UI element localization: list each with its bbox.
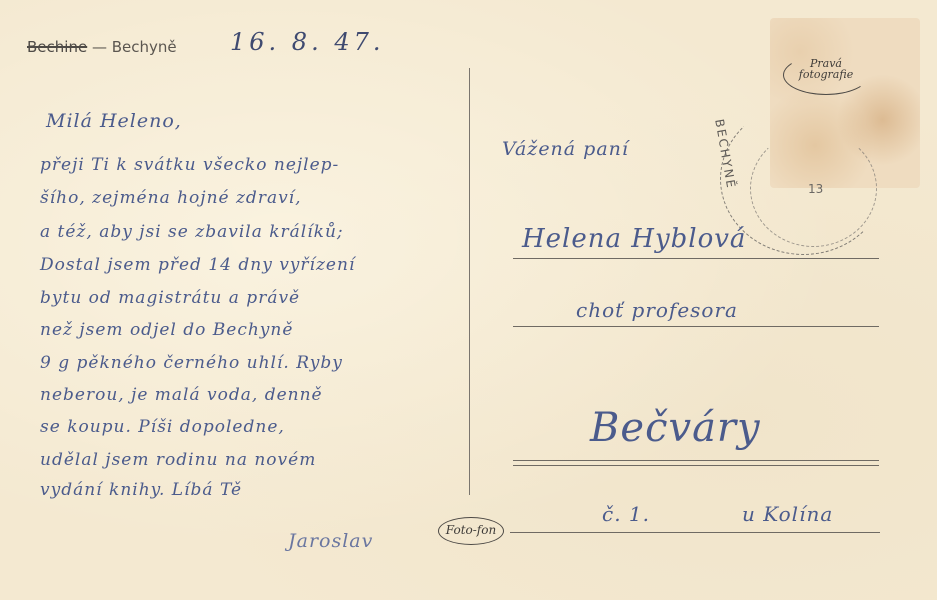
place-name: Bechyně [112, 38, 177, 56]
address-line-1 [513, 258, 879, 259]
address-line-3a [513, 460, 879, 461]
stamp-area-logo: Pravá fotografie [783, 55, 869, 95]
message-line: neberou, je malá voda, denně [40, 385, 323, 405]
printed-place-header: Bechine — Bechyně [27, 38, 177, 56]
message-line: Dostal jsem před 14 dny vyřízení [40, 255, 355, 275]
message-line: udělal jsem rodinu na novém [40, 450, 316, 470]
address-name: Helena Hyblová [522, 224, 746, 254]
address-salutation: Vážená paní [502, 138, 629, 160]
header-separator: — [92, 38, 107, 56]
message-line: než jsem odjel do Bechyně [40, 320, 293, 340]
address-house-number: č. 1. [602, 502, 650, 526]
message-line: šího, zejména hojné zdraví, [40, 188, 302, 208]
message-line: se koupu. Píši dopoledne, [40, 417, 285, 437]
publisher-logo: Foto-fon [438, 517, 504, 545]
postcard-back: Bechine — Bechyně 16. 8. 47. Milá Heleno… [0, 0, 937, 600]
message-line: 9 g pěkného černého uhlí. Ryby [40, 353, 343, 373]
stamp-logo-line2: fotografie [784, 69, 868, 80]
postmark-date: 13 [808, 182, 823, 196]
message-line: a též, aby jsi se zbavila králíků; [40, 222, 344, 242]
vertical-divider [469, 68, 470, 495]
handwritten-date: 16. 8. 47. [230, 28, 385, 56]
address-line-3b [513, 465, 879, 466]
message-line: vydání knihy. Líbá Tě [40, 480, 242, 500]
signature: Jaroslav [288, 530, 373, 552]
address-line-4 [510, 532, 880, 533]
address-line-2 [513, 326, 879, 327]
message-line: bytu od magistrátu a právě [40, 288, 300, 308]
address-title: choť profesora [576, 298, 738, 322]
address-town: Bečváry [590, 405, 761, 451]
struck-place-name: Bechine [27, 38, 87, 56]
message-line: přeji Ti k svátku všecko nejlep- [40, 155, 339, 175]
message-greeting: Milá Heleno, [46, 110, 182, 132]
address-district: u Kolína [742, 502, 833, 526]
